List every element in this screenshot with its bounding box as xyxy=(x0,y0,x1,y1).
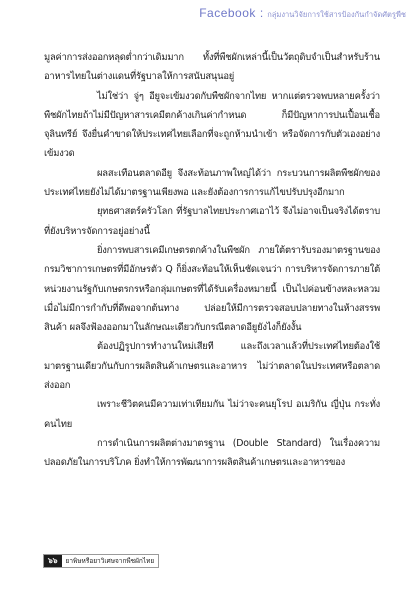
paragraph: ยิ่งการพบสารเคมีเกษตรตกค้างในพืชผัก ภายใ… xyxy=(44,241,380,337)
paragraph: เพราะชีวิตคนมีความเท่าเทียมกัน ไม่ว่าจะค… xyxy=(44,395,380,434)
paragraph: ผลสะเทือนตลาดอียู จึงสะท้อนภาพใหญ่ได้ว่า… xyxy=(44,164,380,203)
facebook-label: Facebook xyxy=(199,6,256,20)
facebook-group-name: กลุ่มงานวิจัยการใช้สารป้องกันกำจัดศัตรูพ… xyxy=(267,9,406,21)
page-footer: ๖๖ ยาพิษหรือยาวิเศษจากพืชผักไทย xyxy=(43,554,159,568)
header-separator: : xyxy=(260,6,263,20)
paragraph: การดำเนินการผลิตต่างมาตรฐาน (Double Stan… xyxy=(44,434,380,473)
paragraph: มูลค่าการส่งออกหลุดต่ำกว่าเดิมมาก ทั้งที… xyxy=(44,48,380,87)
paragraph: ไม่ใช่ว่า จู่ๆ อียูจะเข้มงวดกับพืชผักจาก… xyxy=(44,87,380,164)
page-header: Facebook : กลุ่มงานวิจัยการใช้สารป้องกัน… xyxy=(199,6,406,21)
article-body: มูลค่าการส่งออกหลุดต่ำกว่าเดิมมาก ทั้งที… xyxy=(44,48,380,473)
page-number: ๖๖ xyxy=(44,555,62,567)
paragraph: ยุทธศาสตร์ครัวโลก ที่รัฐบาลไทยประกาศเอาไ… xyxy=(44,202,380,241)
paragraph: ต้องปฏิรูปการทำงานใหม่เสียที และถึงเวลาแ… xyxy=(44,337,380,395)
book-title: ยาพิษหรือยาวิเศษจากพืชผักไทย xyxy=(62,555,159,567)
